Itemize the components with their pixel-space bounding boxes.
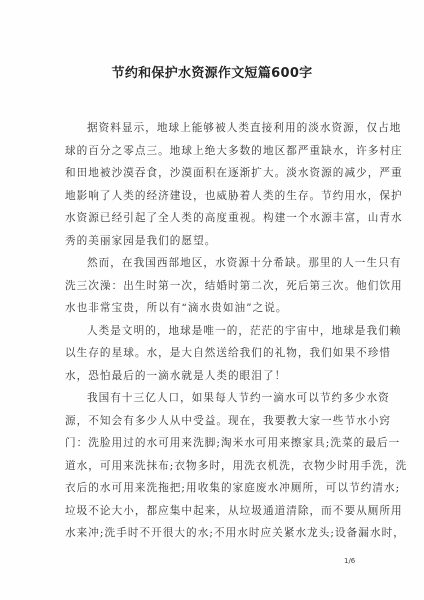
paragraph-1: 据资料显示，地球上能够被人类直接利用的淡水资源，仅占地 球的百分之零点三。地球上…	[65, 117, 361, 252]
paragraph-4: 我国有十三亿人口，如果每人节约一滴水可以节约多少水资 源，不知会有多少人从中受益…	[65, 387, 361, 545]
document-body: 据资料显示，地球上能够被人类直接利用的淡水资源，仅占地 球的百分之零点三。地球上…	[65, 117, 361, 545]
text-line: 以生存的星球。水，是大自然送给我们的礼物，我们如果不珍惜	[65, 342, 361, 365]
text-line: 据资料显示，地球上能够被人类直接利用的淡水资源，仅占地	[65, 117, 361, 140]
paragraph-3: 人类是文明的，地球是唯一的，茫茫的宇宙中，地球是我们赖 以生存的星球。水，是大自…	[65, 320, 361, 388]
text-line: 和田地被沙漠吞食，沙漠面积在逐渐扩大。淡水资源的减少，严重	[65, 162, 361, 185]
text-line: 我国有十三亿人口，如果每人节约一滴水可以节约多少水资	[65, 387, 361, 410]
text-line: 球的百分之零点三。地球上绝大多数的地区都严重缺水，许多村庄	[65, 140, 361, 163]
text-line: 水，恐怕最后的一滴水就是人类的眼泪了！	[65, 365, 361, 388]
text-line: 水资源已经引起了全人类的高度重视。构建一个水源丰富，山青水	[65, 207, 361, 230]
text-line: 水来冲;洗手时不开很大的水;不用水时应关紧水龙头;设备漏水时，	[65, 522, 361, 545]
paragraph-2: 然而，在我国西部地区，水资源十分希缺。那里的人一生只有 洗三次澡：出生时第一次，…	[65, 252, 361, 320]
document-title: 节约和保护水资源作文短篇600字	[0, 62, 424, 81]
document-page: 节约和保护水资源作文短篇600字 据资料显示，地球上能够被人类直接利用的淡水资源…	[0, 0, 424, 600]
text-line: 水也非常宝贵，所以有“滴水贵如油”之说。	[65, 297, 361, 320]
text-line: 然而，在我国西部地区，水资源十分希缺。那里的人一生只有	[65, 252, 361, 275]
text-line: 道水，可用来洗抹布;衣物多时，用洗衣机洗，衣物少时用手洗，洗	[65, 455, 361, 478]
text-line: 秀的美丽家园是我们的愿望。	[65, 230, 361, 253]
text-line: 衣后的水可用来洗拖把;用收集的家庭废水冲厕所，可以节约清水;	[65, 477, 361, 500]
text-line: 垃圾不论大小，都应集中起来，从垃圾通道清除，而不要从厕所用	[65, 500, 361, 523]
page-number: 1/6	[344, 557, 355, 565]
text-line: 人类是文明的，地球是唯一的，茫茫的宇宙中，地球是我们赖	[65, 320, 361, 343]
text-line: 地影响了人类的经济建设，也威胁着人类的生存。节约用水，保护	[65, 185, 361, 208]
text-line: 洗三次澡：出生时第一次，结婚时第二次，死后第三次。他们饮用	[65, 275, 361, 298]
text-line: 门：洗脸用过的水可用来洗脚;淘米水可用来擦家具;洗菜的最后一	[65, 432, 361, 455]
text-line: 源，不知会有多少人从中受益。现在，我要教大家一些节水小窍	[65, 410, 361, 433]
